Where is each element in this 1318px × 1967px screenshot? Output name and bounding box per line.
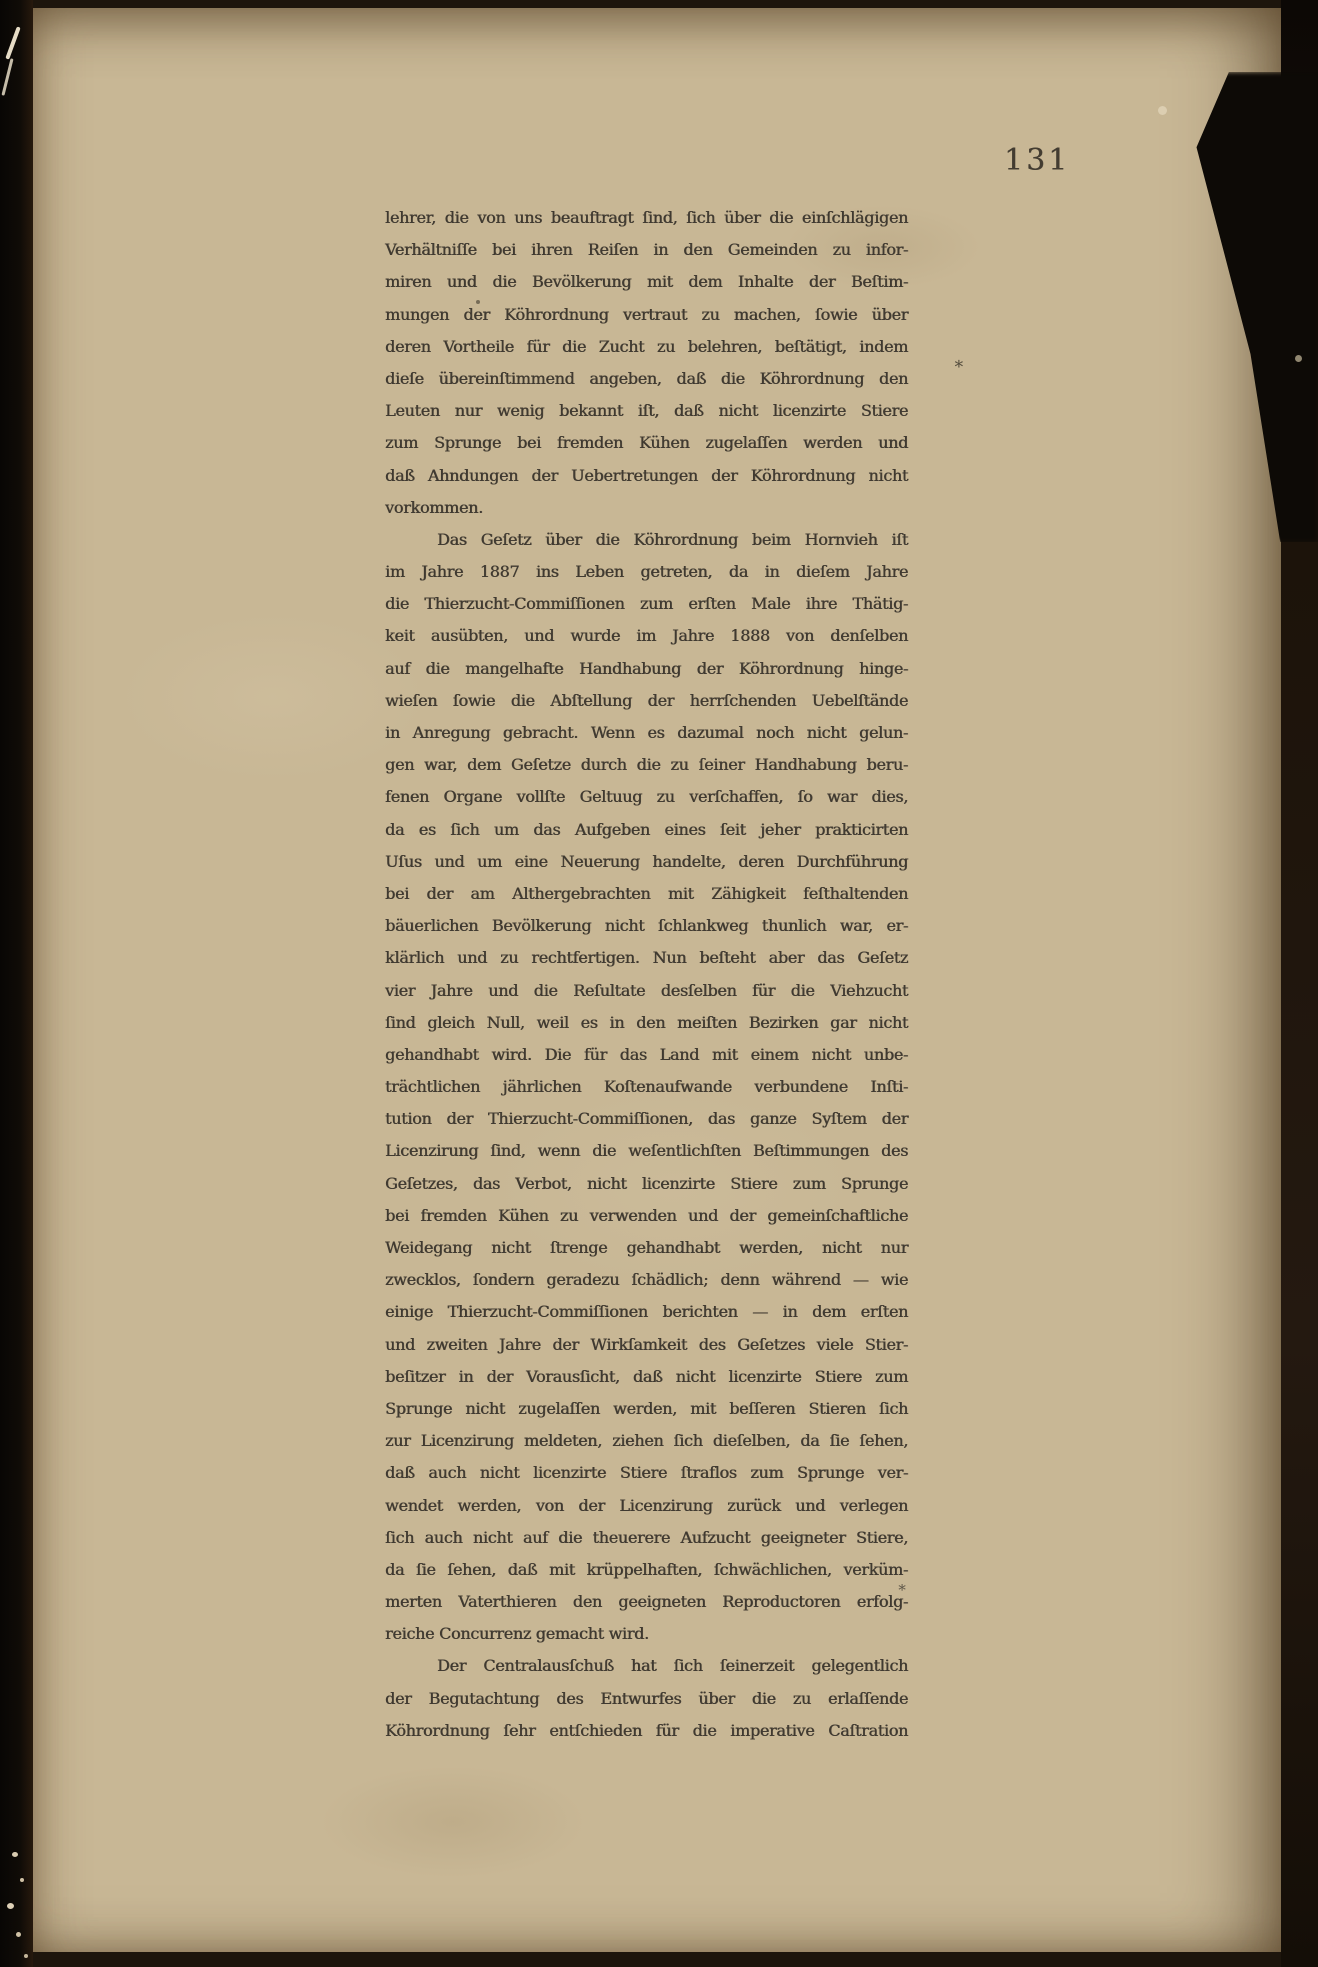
text-line: deren Vortheile für die Zucht zu belehre… — [385, 331, 908, 363]
text-line: der Begutachtung des Entwurfes über die … — [385, 1683, 908, 1715]
text-line: beſitzer in der Vorausſicht, daß nicht l… — [385, 1361, 908, 1393]
paper-speck — [1295, 355, 1302, 362]
binding-edge-strip — [0, 0, 33, 1967]
binding-speck — [16, 1932, 21, 1937]
text-line: Leuten nur wenig bekannt iſt, daß nicht … — [385, 395, 908, 427]
text-line: lehrer, die von uns beauftragt ſind, ſic… — [385, 202, 908, 234]
text-line: einige Thierzucht-Commiſſionen berichten… — [385, 1296, 908, 1328]
text-line: gehandhabt wird. Die für das Land mit ei… — [385, 1039, 908, 1071]
binding-speck — [12, 1852, 18, 1857]
text-line: ſind gleich Null, weil es in den meiſten… — [385, 1007, 908, 1039]
text-line: Der Centralausſchuß hat ſich ſeinerzeit … — [385, 1650, 908, 1682]
text-line: die Thierzucht-Commiſſionen zum erſten M… — [385, 588, 908, 620]
text-line: bei fremden Kühen zu verwenden und der g… — [385, 1200, 908, 1232]
text-line: da ſie ſehen, daß mit krüppelhaften, ſch… — [385, 1554, 908, 1586]
text-line: trächtlichen jährlichen Koſtenaufwande v… — [385, 1071, 908, 1103]
text-block: lehrer, die von uns beauftragt ſind, ſic… — [385, 202, 908, 1747]
text-line: Uſus und um eine Neuerung handelte, dere… — [385, 846, 908, 878]
text-line: wieſen ſowie die Abſtellung der herrſche… — [385, 685, 908, 717]
text-line: daß Ahndungen der Uebertretungen der Köh… — [385, 460, 908, 492]
text-line: merten Vaterthieren den geeigneten Repro… — [385, 1586, 908, 1618]
text-line: zwecklos, ſondern geradezu ſchädlich; de… — [385, 1264, 908, 1296]
ink-fleck-mark: ∗ — [953, 356, 965, 373]
text-line: Sprunge nicht zugelaſſen werden, mit beſ… — [385, 1393, 908, 1425]
text-line: da es ſich um das Aufgeben eines ſeit je… — [385, 814, 908, 846]
paper-speck — [1158, 106, 1167, 115]
text-line: und zweiten Jahre der Wirkſamkeit des Ge… — [385, 1329, 908, 1361]
text-line: wendet werden, von der Licenzirung zurüc… — [385, 1490, 908, 1522]
text-line: Das Geſetz über die Köhrordnung beim Hor… — [385, 524, 908, 556]
text-line: tution der Thierzucht-Commiſſionen, das … — [385, 1103, 908, 1135]
text-line: zum Sprunge bei fremden Kühen zugelaſſen… — [385, 427, 908, 459]
text-line: ſich auch nicht auf die theuerere Aufzuc… — [385, 1522, 908, 1554]
text-line: in Anregung gebracht. Wenn es dazumal no… — [385, 717, 908, 749]
text-line: miren und die Bevölkerung mit dem Inhalt… — [385, 266, 908, 298]
text-line: Licenzirung ſind, wenn die weſentlichſte… — [385, 1135, 908, 1167]
photo-edge-top — [0, 0, 1318, 8]
text-line: daß auch nicht licenzirte Stiere ſtraflo… — [385, 1457, 908, 1489]
text-line: bei der am Althergebrachten mit Zähigkei… — [385, 878, 908, 910]
binding-speck — [24, 1954, 28, 1958]
text-line: fenen Organe vollſte Geltuug zu verſchaf… — [385, 781, 908, 813]
photo-edge-bottom — [0, 1952, 1318, 1967]
text-line: vorkommen. — [385, 492, 908, 524]
page-number: 131 — [1004, 143, 1070, 178]
text-line: auf die mangelhafte Handhabung der Köhro… — [385, 653, 908, 685]
text-line: im Jahre 1887 ins Leben getreten, da in … — [385, 556, 908, 588]
text-line: Köhrordnung ſehr entſchieden für die imp… — [385, 1715, 908, 1747]
binding-speck — [7, 1903, 14, 1909]
text-line: keit ausübten, und wurde im Jahre 1888 v… — [385, 620, 908, 652]
text-line: klärlich und zu rechtfertigen. Nun beſte… — [385, 942, 908, 974]
text-line: Verhältniſſe bei ihren Reiſen in den Gem… — [385, 234, 908, 266]
text-line: gen war, dem Geſetze durch die zu ſeiner… — [385, 749, 908, 781]
scanned-book-page: ∗ ∗ 131 lehrer, die von uns beauftragt ſ… — [0, 0, 1318, 1967]
text-line: Geſetzes, das Verbot, nicht licenzirte S… — [385, 1168, 908, 1200]
text-line: mungen der Köhrordnung vertraut zu mache… — [385, 299, 908, 331]
text-line: vier Jahre und die Reſultate desſelben f… — [385, 975, 908, 1007]
text-line: dieſe übereinſtimmend angeben, daß die K… — [385, 363, 908, 395]
text-line: zur Licenzirung meldeten, ziehen ſich di… — [385, 1425, 908, 1457]
text-line: bäuerlichen Bevölkerung nicht ſchlankweg… — [385, 910, 908, 942]
text-line: Weidegang nicht ſtrenge gehandhabt werde… — [385, 1232, 908, 1264]
binding-speck — [20, 1878, 24, 1882]
text-line: reiche Concurrenz gemacht wird. — [385, 1618, 908, 1650]
